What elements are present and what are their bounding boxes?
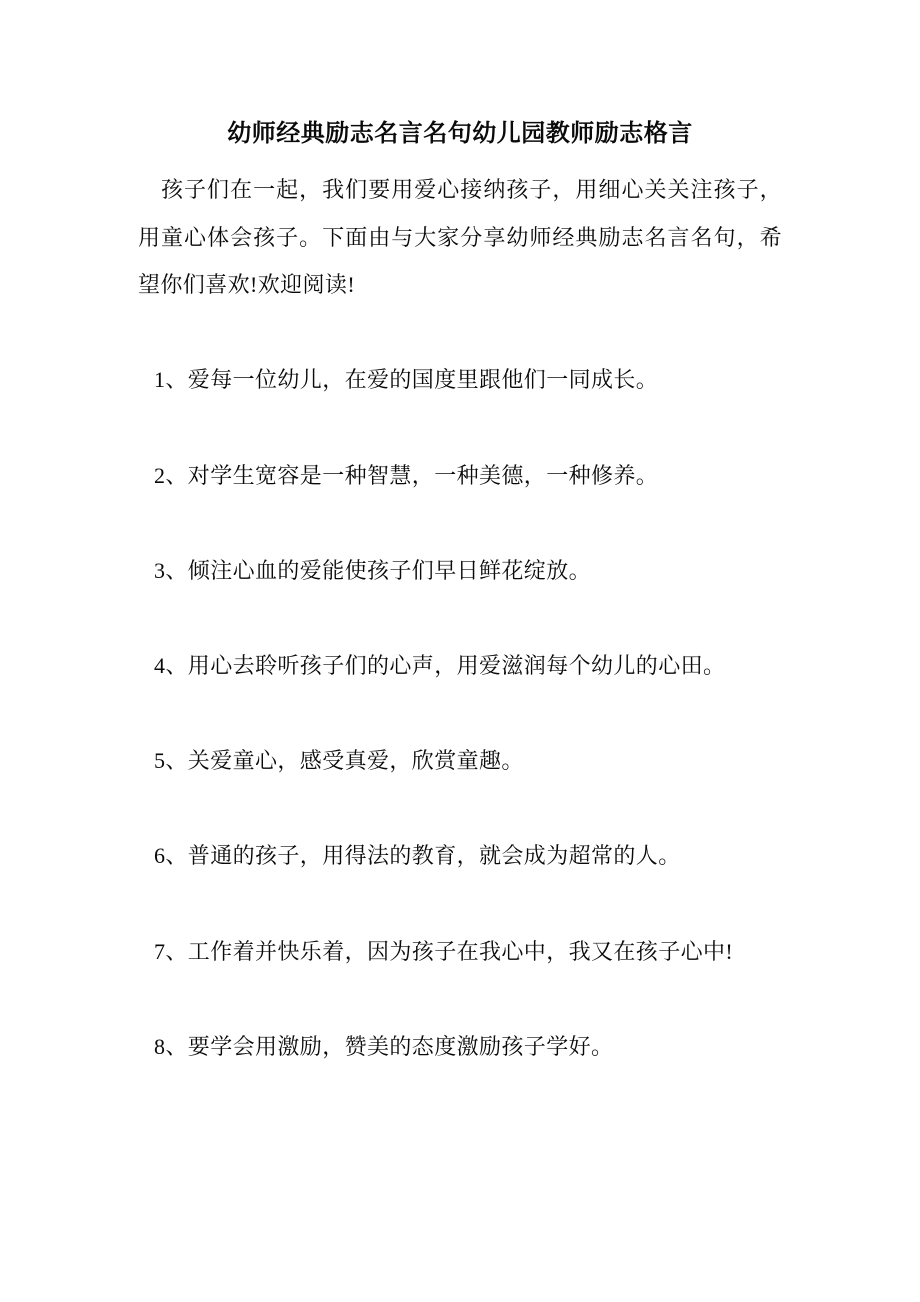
- quote-item-7: 7、工作着并快乐着，因为孩子在我心中，我又在孩子心中!: [138, 928, 782, 976]
- quote-item-6: 6、普通的孩子，用得法的教育，就会成为超常的人。: [138, 832, 782, 880]
- quote-item-5: 5、关爱童心，感受真爱，欣赏童趣。: [138, 737, 782, 785]
- quote-item-3: 3、倾注心血的爱能使孩子们早日鲜花绽放。: [138, 547, 782, 595]
- quote-item-2: 2、对学生宽容是一种智慧，一种美德，一种修养。: [138, 452, 782, 500]
- document-page: 幼师经典励志名言名句幼儿园教师励志格言 孩子们在一起，我们要用爱心接纳孩子，用细…: [0, 0, 920, 1302]
- document-title: 幼师经典励志名言名句幼儿园教师励志格言: [138, 110, 782, 158]
- quote-item-1: 1、爱每一位幼儿，在爱的国度里跟他们一同成长。: [138, 356, 782, 404]
- quote-item-4: 4、用心去聆听孩子们的心声，用爱滋润每个幼儿的心田。: [138, 642, 782, 690]
- quote-item-8: 8、要学会用激励，赞美的态度激励孩子学好。: [138, 1023, 782, 1071]
- intro-paragraph: 孩子们在一起，我们要用爱心接纳孩子，用细心关关注孩子，用童心体会孩子。下面由与大…: [138, 166, 782, 309]
